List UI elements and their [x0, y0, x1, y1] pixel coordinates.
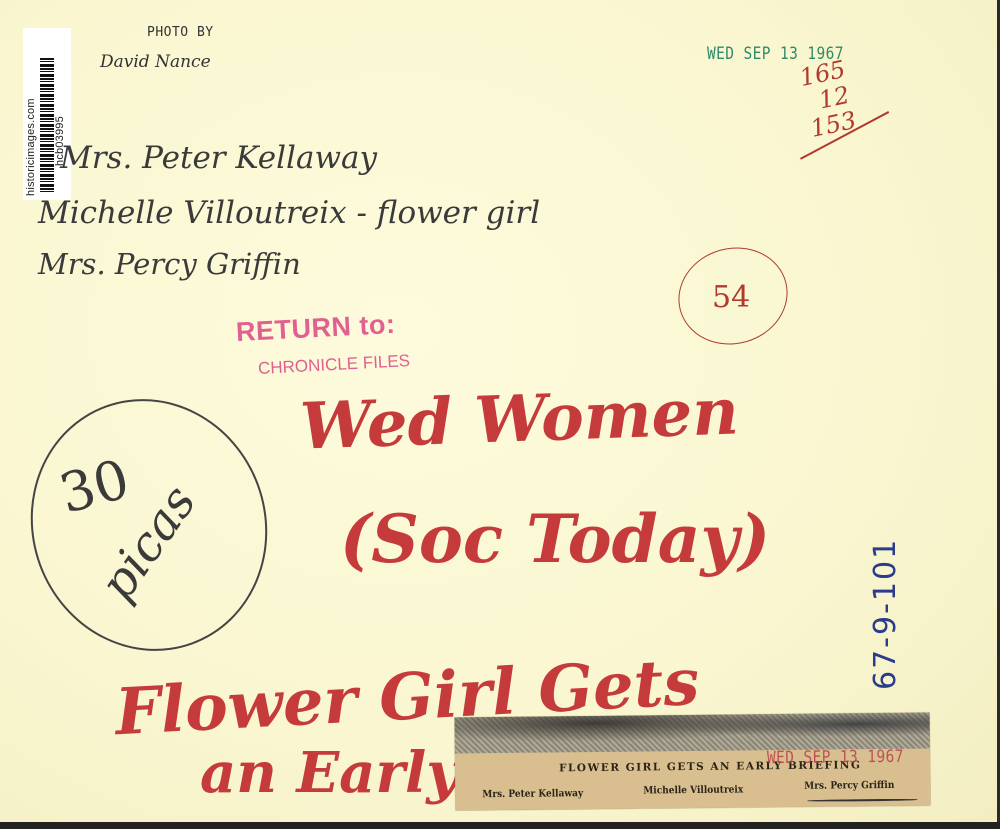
size-calculation: 165 12 153 — [797, 56, 858, 142]
calc-line-3: 153 — [808, 107, 858, 142]
clipping-name-1: Mrs. Peter Kellaway — [482, 788, 583, 800]
clipping-underline — [807, 799, 917, 802]
caption-line-1: Mrs. Peter Kellaway — [60, 140, 377, 176]
return-stamp: RETURN to: — [235, 309, 396, 348]
newspaper-clipping: FLOWER GIRL GETS AN EARLY BRIEFING WED S… — [455, 713, 931, 811]
section-note-line-2: (Soc Today) — [340, 500, 770, 578]
clipping-name-3: Mrs. Percy Griffin — [804, 780, 894, 792]
photo-by-stamp: PHOTO BY — [147, 25, 214, 40]
barcode-site-text: historicimages.com — [25, 98, 37, 196]
clipping-date-stamp: WED SEP 13 1967 — [767, 747, 904, 768]
photographer-name: David Nance — [100, 52, 211, 72]
blue-reference-number: 67-9-101 — [868, 538, 903, 690]
caption-line-2: Michelle Villoutreix - flower girl — [38, 195, 540, 231]
scan-edge-bottom — [0, 822, 1000, 829]
return-stamp-files: CHRONICLE FILES — [258, 351, 411, 379]
clipping-name-2: Michelle Villoutreix — [643, 784, 743, 796]
caption-line-3: Mrs. Percy Griffin — [38, 247, 301, 281]
barcode-icon — [40, 58, 54, 193]
photo-back-paper: historicimages.com hcb03995 PHOTO BY Dav… — [0, 0, 997, 822]
section-note-line-1: Wed Women — [299, 374, 740, 464]
circled-number: 54 — [712, 280, 750, 315]
